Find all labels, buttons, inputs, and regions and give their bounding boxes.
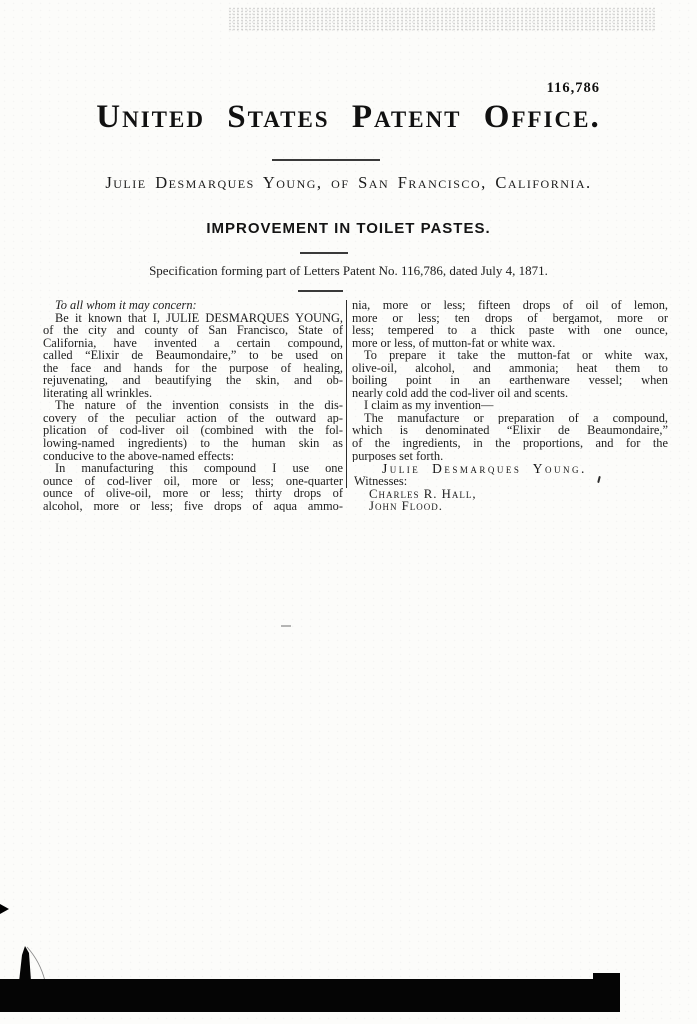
- text-line: literating all wrinkles.: [43, 387, 343, 400]
- separator-rule: [298, 290, 343, 292]
- patent-number: 116,786: [547, 80, 600, 97]
- text-line: California, have invented a certain comp…: [43, 337, 343, 350]
- text-line: more or less, of mutton-fat or white wax…: [352, 337, 668, 350]
- body-column-right-lines: nia, more or less; fifteen drops of oil …: [352, 299, 668, 462]
- text-line: the face and hands for the purpose of he…: [43, 362, 343, 375]
- witness-list: Charles R. Hall,John Flood.: [352, 488, 668, 513]
- text-line: alcohol, more or less; five drops of aqu…: [43, 500, 343, 513]
- patent-page: 116,786 United States Patent Office. Jul…: [0, 0, 697, 1024]
- text-line: called “Elixir de Beaumondaire,” to be u…: [43, 349, 343, 362]
- text-line: To prepare it take the mutton-fat or whi…: [352, 349, 668, 362]
- text-line: boiling point in an earthenware vessel; …: [352, 374, 668, 387]
- text-line: rejuvenating, and beautifying the skin, …: [43, 374, 343, 387]
- scan-noise-band: [228, 7, 656, 31]
- text-line: ounce of olive-oil, more or less; thirty…: [43, 487, 343, 500]
- text-line: The nature of the invention consists in …: [43, 399, 343, 412]
- text-line: In manufacturing this compound I use one: [43, 462, 343, 475]
- body-column-left: To all whom it may concern:Be it known t…: [43, 299, 343, 512]
- body-column-right: nia, more or less; fifteen drops of oil …: [352, 299, 668, 513]
- text-line: Be it known that I, JULIE DESMARQUES YOU…: [43, 312, 343, 325]
- text-line: plication of cod-liver oil (combined wit…: [43, 424, 343, 437]
- scan-artifact-bar-step: [593, 973, 620, 981]
- text-line: I claim as my invention—: [352, 399, 668, 412]
- text-line: lowing-named ingredients) to the human s…: [43, 437, 343, 450]
- grantee-line: Julie Desmarques Young, of San Francisco…: [0, 173, 697, 193]
- witness-name: John Flood.: [369, 500, 668, 513]
- separator-rule: [300, 252, 348, 254]
- specification-line: Specification forming part of Letters Pa…: [0, 263, 697, 279]
- text-line: covery of the peculiar action of the out…: [43, 412, 343, 425]
- text-line: conducive to the above-named effects:: [43, 450, 343, 463]
- page-edge-arrow-mark: [0, 904, 9, 914]
- scan-faint-dash: [281, 625, 291, 627]
- text-line: nia, more or less; fifteen drops of oil …: [352, 299, 668, 312]
- text-line: more or less; ten drops of bergamot, mor…: [352, 312, 668, 325]
- invention-title: IMPROVEMENT IN TOILET PASTES.: [0, 220, 697, 237]
- signature: Julie Desmarques Young.: [382, 463, 668, 476]
- text-line: olive-oil, alcohol, and ammonia; heat th…: [352, 362, 668, 375]
- text-line: To all whom it may concern:: [43, 299, 343, 312]
- separator-rule: [272, 159, 380, 161]
- text-line: ounce of cod-liver oil, more or less; on…: [43, 475, 343, 488]
- text-line: The manufacture or preparation of a comp…: [352, 412, 668, 425]
- page-title: United States Patent Office.: [0, 99, 697, 136]
- column-divider-rule: [346, 300, 347, 488]
- text-line: nearly cold add the cod-liver oil and sc…: [352, 387, 668, 400]
- text-line: which is denominated “Elixir de Beaumond…: [352, 424, 668, 437]
- scan-artifact-bar: [0, 979, 620, 1012]
- text-line: less; tempered to a thick paste with one…: [352, 324, 668, 337]
- text-line: of the ingredients, in the proportions, …: [352, 437, 668, 450]
- text-line: of the city and county of San Francisco,…: [43, 324, 343, 337]
- witnesses-label: Witnesses:: [354, 475, 668, 487]
